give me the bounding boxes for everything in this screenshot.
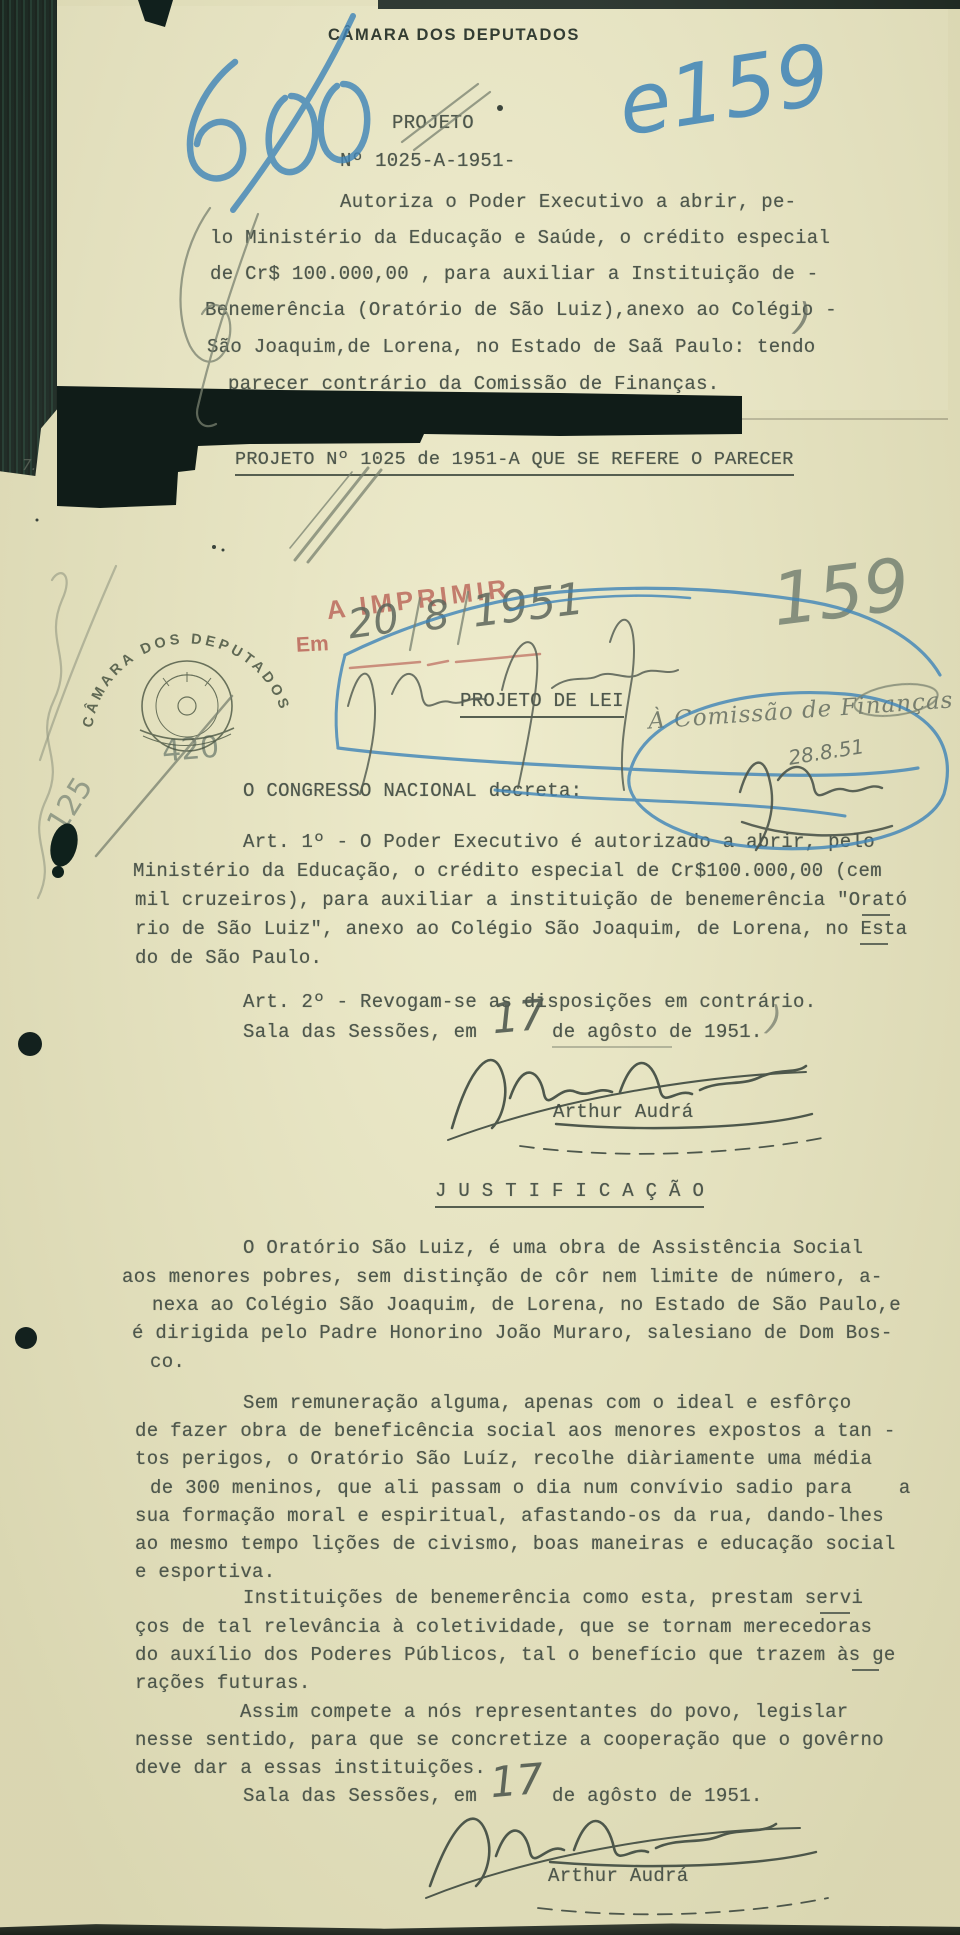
- summary-line: Autoriza o Poder Executivo a abrir, pe-: [340, 192, 796, 213]
- typed-line: sua formação moral e espiritual, afastan…: [135, 1506, 884, 1527]
- typed-line: nesse sentido, para que se concretize a …: [135, 1730, 884, 1751]
- summary-line: parecer contrário da Comissão de Finança…: [228, 374, 719, 395]
- typed-line: de 300 meninos, que ali passam o dia num…: [150, 1478, 911, 1499]
- typed-line: Assim compete a nós representantes do po…: [240, 1702, 849, 1723]
- typed-line: Sala das Sessões, em: [243, 1786, 477, 1807]
- pencil-underline: [552, 1046, 672, 1048]
- typed-line: de agôsto de 1951.: [552, 1786, 763, 1807]
- typed-line: do de São Paulo.: [135, 948, 322, 969]
- handwritten-date-day: 20: [345, 599, 401, 646]
- typed-line: aos menores pobres, sem distinção de côr…: [122, 1267, 883, 1288]
- summary-line: lo Ministério da Educação e Saúde, o cré…: [210, 228, 830, 249]
- handwritten-day: 17: [488, 1758, 545, 1804]
- dispatch-note-date: 28.8.51: [787, 736, 866, 768]
- typed-line: nexa ao Colégio São Joaquim, de Lorena, …: [152, 1295, 901, 1316]
- syllable-underline: [862, 914, 890, 916]
- pencil-margin-tiny-mark: 7.: [22, 458, 36, 473]
- typed-line: Art. 1º - O Poder Executivo é autorizado…: [243, 832, 875, 853]
- typed-line: rio de São Luiz", anexo ao Colégio São J…: [135, 919, 907, 940]
- summary-line: Benemerência (Oratório de São Luiz),anex…: [205, 300, 837, 321]
- letterhead-title: CÂMARA DOS DEPUTADOS: [328, 26, 580, 45]
- typed-line: deve dar a essas instituições.: [135, 1758, 486, 1779]
- pencil-margin-number-upper: 420: [161, 733, 221, 768]
- typed-line: Sem remuneração alguma, apenas com o ide…: [243, 1393, 852, 1414]
- typed-line: de fazer obra de beneficência social aos…: [135, 1421, 896, 1442]
- signer-typed-name: Arthur Audrá: [553, 1102, 693, 1123]
- typed-line: e esportiva.: [135, 1562, 275, 1583]
- typed-line: ao mesmo tempo lições de civismo, boas m…: [135, 1534, 896, 1555]
- scan-top-edge: [378, 0, 960, 9]
- pencil-margin-number-lower: 125: [43, 773, 99, 837]
- signer-typed-name: Arthur Audrá: [548, 1866, 688, 1887]
- doc-number: Nº 1025-A-1951-: [340, 151, 516, 172]
- syllable-underline: [820, 1612, 850, 1614]
- typed-line: mil cruzeiros), para auxiliar a institui…: [135, 890, 907, 911]
- typed-line: ços de tal relevância à coletividade, qu…: [135, 1617, 872, 1638]
- typed-line: Instituições de benemerência como esta, …: [243, 1588, 863, 1609]
- punch-hole: [15, 1327, 37, 1349]
- typed-line: Ministério da Educação, o crédito especi…: [133, 861, 882, 882]
- scan-bottom-edge: [0, 1921, 960, 1935]
- typed-line: co.: [150, 1352, 185, 1373]
- pencil-sheet-number: 159: [768, 548, 913, 636]
- enactment-line: O CONGRESSO NACIONAL decreta:: [243, 781, 582, 802]
- reference-heading: PROJETO Nº 1025 de 1951-A QUE SE REFERE …: [235, 449, 794, 476]
- typed-line: do auxílio dos Poderes Públicos, tal o b…: [135, 1645, 896, 1666]
- doc-type-label: PROJETO: [392, 113, 474, 134]
- svg-text:CÂMARA DOS DEPUTADOS: CÂMARA DOS DEPUTADOS: [80, 631, 293, 728]
- typed-line: é dirigida pelo Padre Honorino João Mura…: [132, 1323, 893, 1344]
- punch-hole: [18, 1032, 42, 1056]
- red-stamp-lines: [350, 654, 540, 668]
- summary-line: São Joaquim,de Lorena, no Estado de Saã …: [207, 337, 816, 358]
- typed-line: rações futuras.: [135, 1673, 311, 1694]
- stamp-date-prefix: Em: [295, 633, 329, 656]
- scanned-document: CÂMARA DOS DEPUTADOS PROJETO Nº 1025-A-1…: [0, 0, 960, 1935]
- dispatch-note-text: À Comissão de Finanças: [648, 689, 955, 733]
- book-binding-edge: [0, 0, 57, 476]
- summary-line: de Cr$ 100.000,00 , para auxiliar a Inst…: [210, 264, 819, 285]
- page1-bottom-edge: [742, 418, 948, 420]
- typed-line: O Oratório São Luiz, é uma obra de Assis…: [243, 1238, 863, 1259]
- handwritten-date-month: 8: [422, 595, 451, 637]
- stamp-arc-text: CÂMARA DOS DEPUTADOS: [80, 631, 293, 728]
- syllable-underline: [852, 1669, 879, 1671]
- handwritten-date-year: 1951: [470, 577, 587, 634]
- typed-line: tos perigos, o Oratório São Luíz, recolh…: [135, 1449, 872, 1470]
- typed-line: de agôsto de 1951.: [552, 1022, 763, 1043]
- law-heading: PROJETO DE LEI: [460, 690, 624, 718]
- justification-heading: J U S T I F I C A Ç Ã O: [435, 1180, 704, 1208]
- syllable-underline: [860, 943, 888, 945]
- handwritten-day: 17: [490, 994, 547, 1040]
- typed-line: Sala das Sessões, em: [243, 1022, 477, 1043]
